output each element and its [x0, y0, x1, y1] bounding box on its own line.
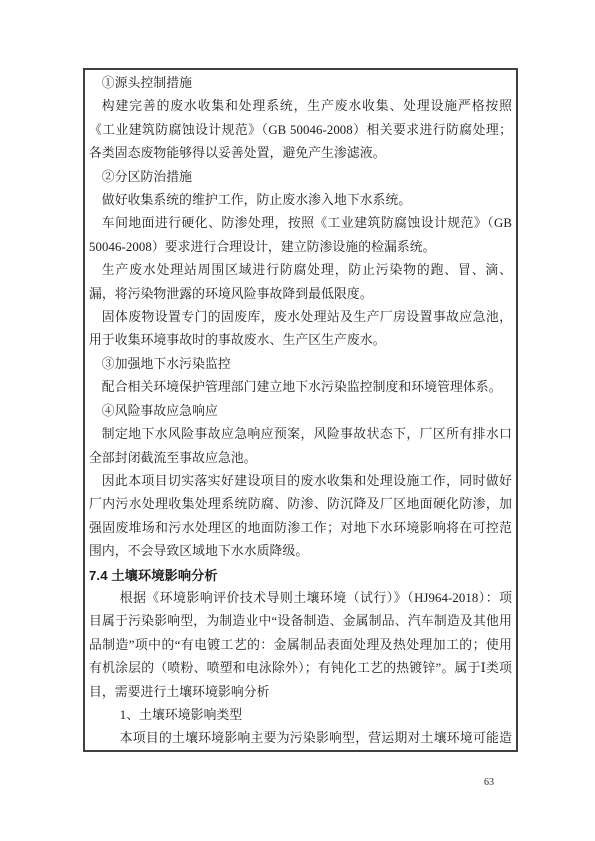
paragraph: 1、土壤环境影响类型 — [89, 704, 512, 727]
paragraph: 制定地下水风险事故应急响应预案，风险事故状态下，厂区所有排水口全部封闭截流至事故… — [89, 423, 512, 470]
paragraph: 做好收集系统的维护工作，防止废水渗入地下水系统。 — [89, 189, 512, 212]
paragraph: ②分区防治措施 — [89, 166, 512, 189]
paragraph: 配合相关环境保护管理部门建立地下水污染监控制度和环境管理体系。 — [89, 376, 512, 399]
paragraph: 生产废水处理站周围区域进行防腐处理，防止污染物的跑、冒、滴、漏，将污染物泄露的环… — [89, 259, 512, 306]
paragraph: 因此本项目切实落实好建设项目的废水收集和处理设施工作，同时做好厂内污水处理收集处… — [89, 470, 512, 564]
page-number: 63 — [484, 777, 494, 789]
paragraph: 本项目的土壤环境影响主要为污染影响型，营运期对土壤环境可能造成的污 — [89, 727, 512, 752]
document-content-frame: ①源头控制措施构建完善的废水收集和处理系统，生产废水收集、处理设施严格按照《工业… — [83, 68, 518, 752]
paragraph: 车间地面进行硬化、防渗处理，按照《工业建筑防腐蚀设计规范》（GB 50046-2… — [89, 212, 512, 259]
paragraph: 根据《环境影响评价技术导则土壤环境（试行）》（HJ964-2018）：项目属于污… — [89, 587, 512, 704]
section-heading: 7.4 土壤环境影响分析 — [89, 564, 512, 587]
paragraph: ④风险事故应急响应 — [89, 400, 512, 423]
paragraph: 固体废物设置专门的固废库，废水处理站及生产厂房设置事故应急池，用于收集环境事故时… — [89, 306, 512, 353]
paragraph: ③加强地下水污染监控 — [89, 353, 512, 376]
paragraph: ①源头控制措施 — [89, 72, 512, 95]
paragraph: 构建完善的废水收集和处理系统，生产废水收集、处理设施严格按照《工业建筑防腐蚀设计… — [89, 95, 512, 165]
